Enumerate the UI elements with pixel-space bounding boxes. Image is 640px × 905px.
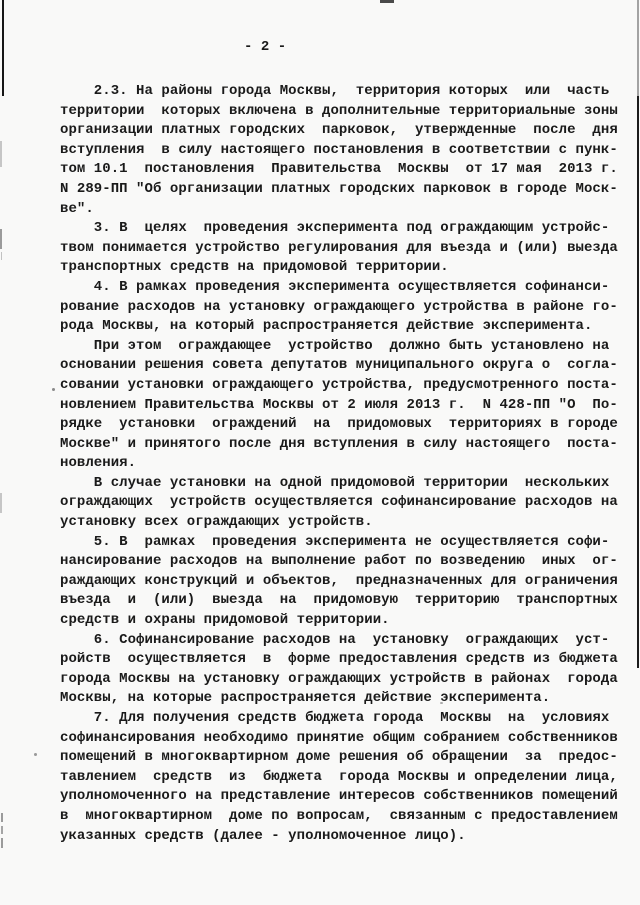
scan-artifact-left-dash-1: [0, 141, 2, 167]
scan-artifact-right-edge-line: [637, 96, 639, 668]
scan-artifact-left-dash-7: [1, 838, 3, 848]
page-number-label: - 2 -: [244, 38, 286, 58]
scan-artifact-speck-1: [52, 388, 55, 391]
scan-artifact-left-dash-3: [1, 252, 2, 260]
scan-artifact-left-dash-2: [0, 229, 2, 249]
scan-artifact-speck-2: [34, 753, 37, 756]
scan-artifact-left-dash-5: [1, 813, 3, 822]
scan-artifact-speck-3: [440, 702, 443, 704]
document-body-text: 2.3. На районы города Москвы, территория…: [60, 82, 618, 846]
document-page: - 2 - 2.3. На районы города Москвы, терр…: [0, 0, 640, 905]
scan-artifact-top-dash: [380, 0, 394, 3]
scan-artifact-left-dash-6: [1, 826, 3, 834]
scan-artifact-left-dash-4: [0, 493, 2, 513]
scan-artifact-left-edge-line: [2, 0, 4, 96]
scan-artifact-right-edge-line-top: [637, 0, 639, 96]
